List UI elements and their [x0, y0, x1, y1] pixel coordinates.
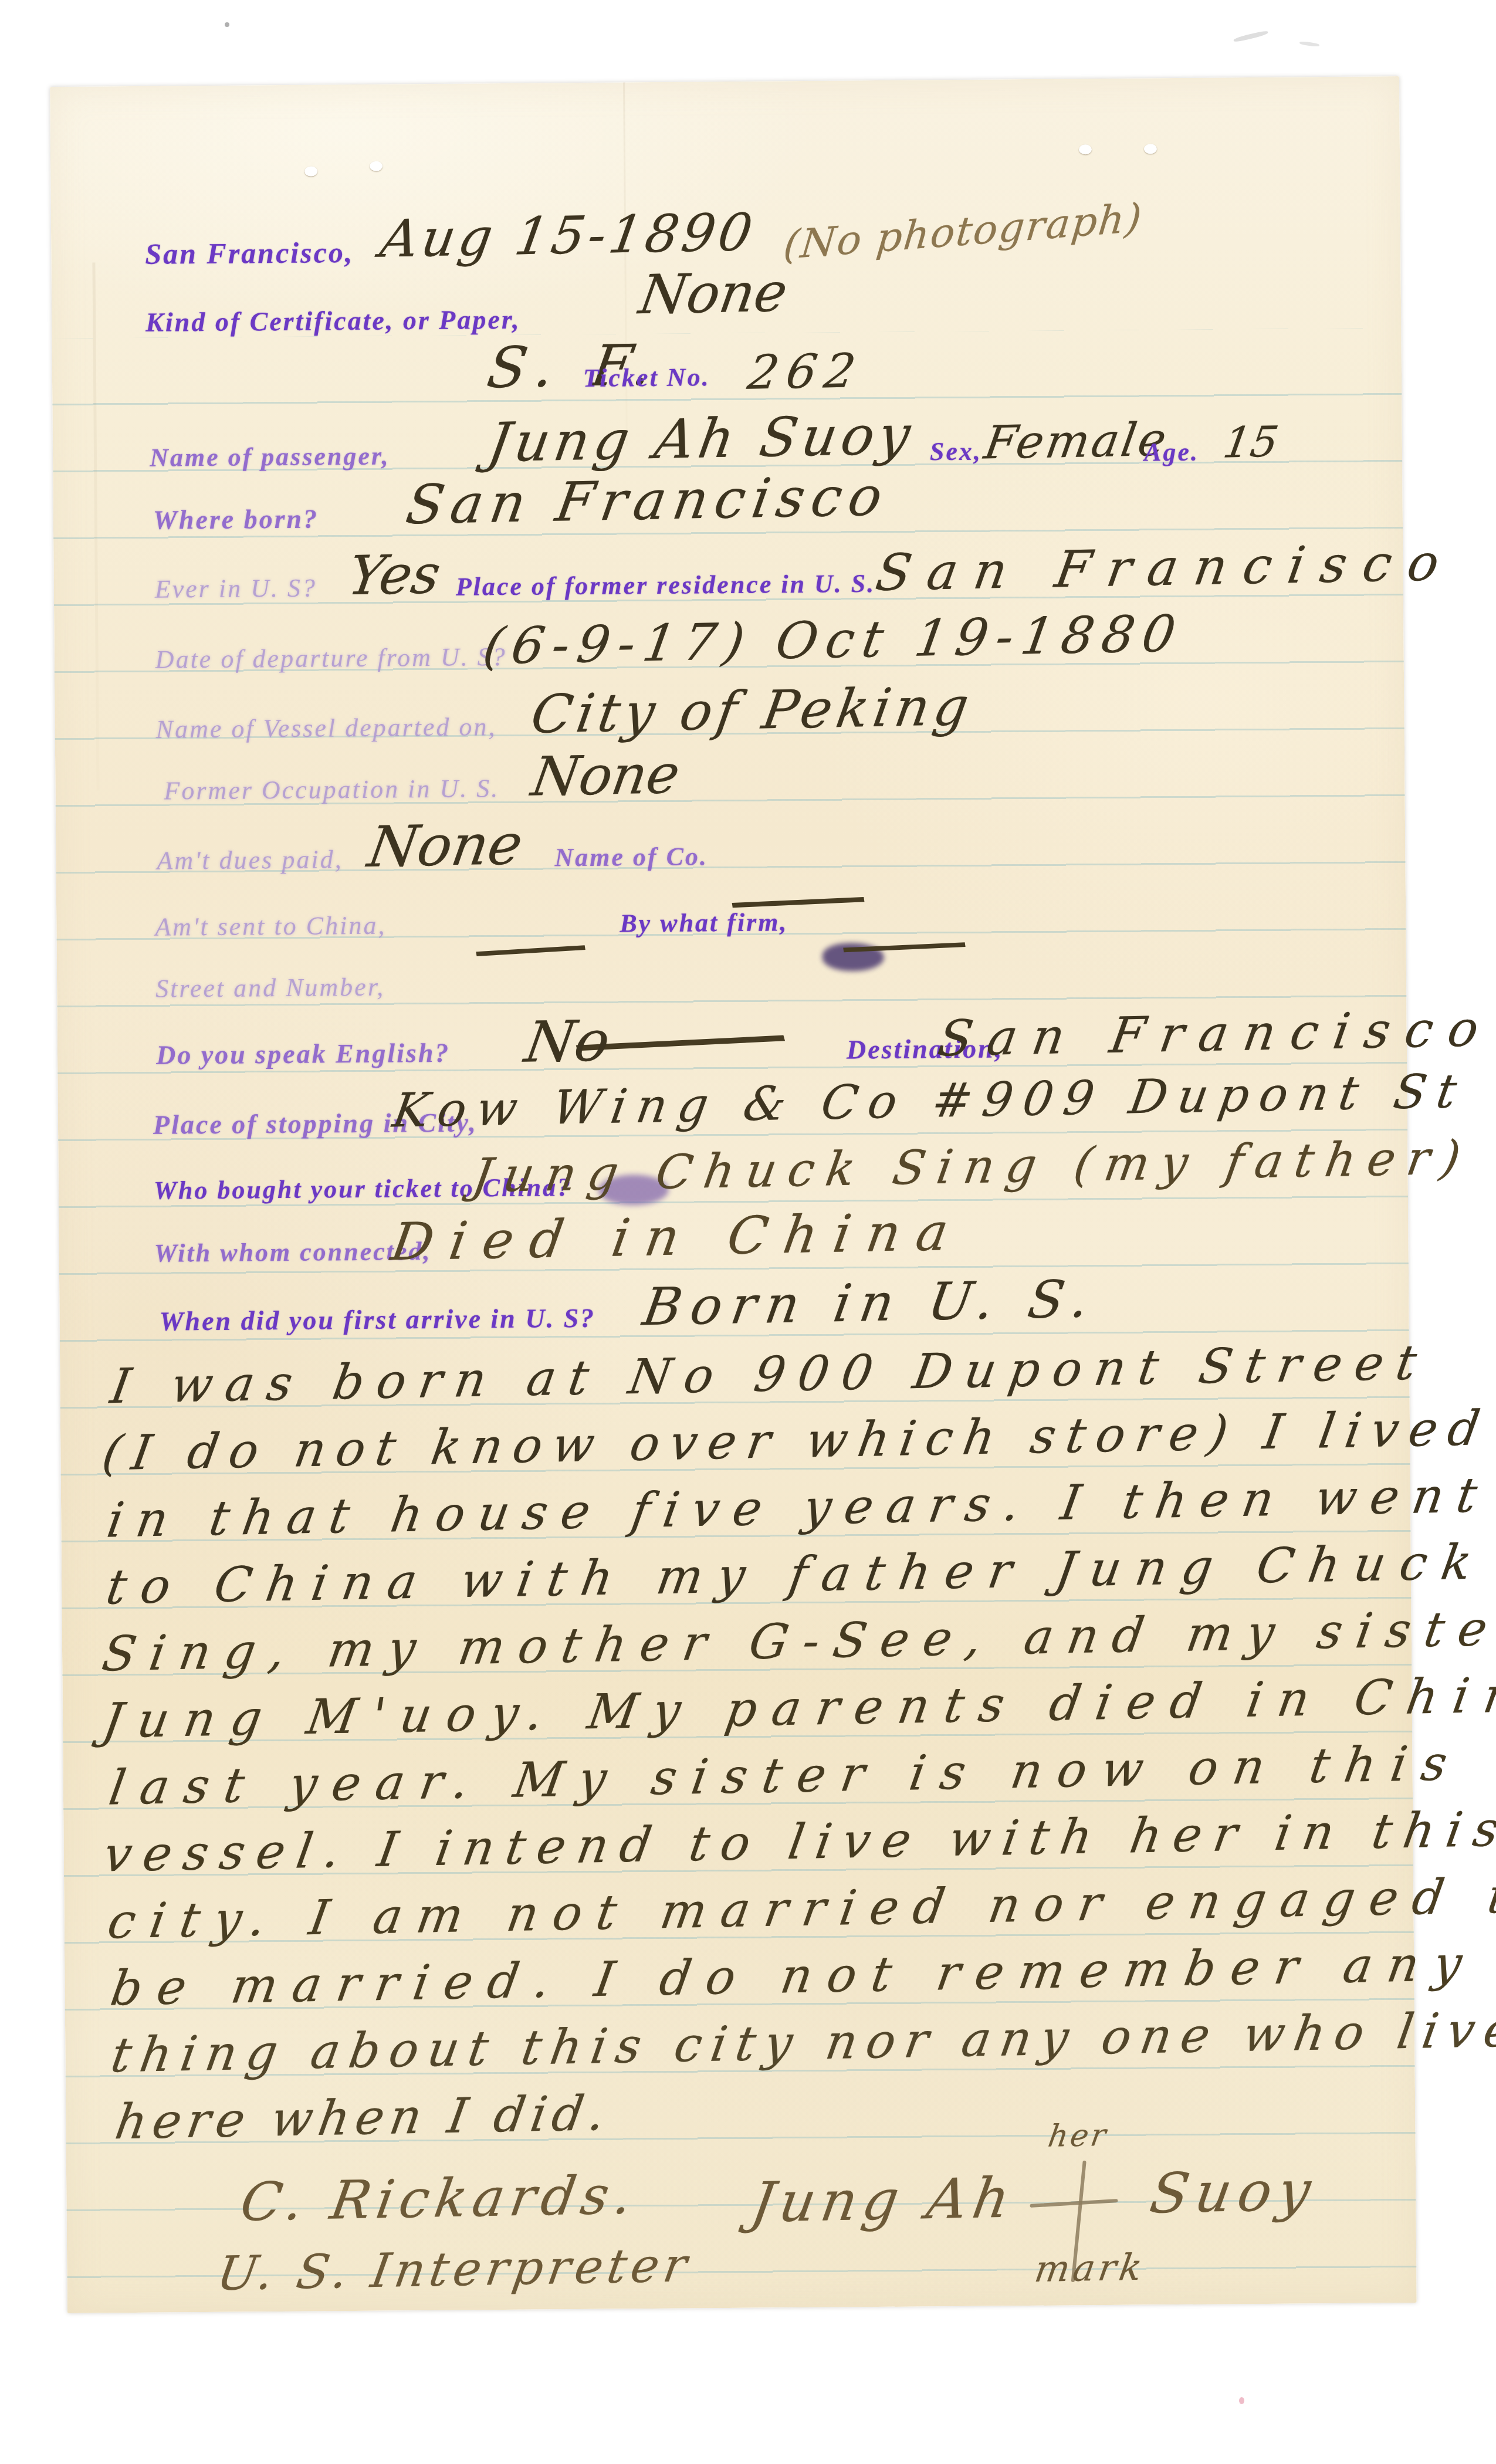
statement-line: to China with my father Jung Chuck: [103, 1537, 1490, 1613]
punch-hole: [370, 161, 383, 171]
passenger-label: Name of passenger,: [150, 441, 390, 473]
speak-english-value: No: [521, 1011, 614, 1072]
sex-label: Sex,: [930, 436, 982, 467]
ticket-no-value: 262: [744, 346, 867, 398]
scan-speck: [1239, 2397, 1244, 2404]
by-what-firm-label: By what firm,: [620, 907, 788, 938]
first-arrival-value: Born in U. S.: [639, 1272, 1102, 1335]
stopping-place-value: Kow Wing & Co #909 Dupont St: [390, 1067, 1470, 1136]
vessel-value: City of Peking: [527, 679, 977, 743]
departure-date-label: Date of departure from U. S?: [155, 642, 507, 675]
amt-sent-label: Am't sent to China,: [155, 911, 386, 942]
statement-line: (I do not know over which store) I lived: [99, 1403, 1494, 1479]
statement-line: Jung M'uoy. My parents died in China: [99, 1669, 1496, 1747]
destination-value: San Francisco: [935, 1003, 1496, 1065]
connected-with-value: Died in China: [388, 1205, 968, 1270]
former-residence-label: Place of former residence in U. S.: [456, 568, 876, 602]
speak-english-label: Do you speak English?: [156, 1037, 451, 1071]
first-arrival-label: When did you first arrive in U. S?: [159, 1302, 595, 1337]
punch-hole: [304, 166, 317, 176]
former-residence-value: San Francisco: [872, 536, 1459, 600]
ever-in-us-label: Ever in U. S?: [155, 573, 317, 604]
street-number-label: Street and Number,: [155, 972, 385, 1004]
signature-cross-mark: [1030, 2199, 1118, 2208]
age-label: Age.: [1144, 437, 1199, 468]
name-of-co-label: Name of Co.: [554, 841, 708, 872]
amt-dues-paid-label: Am't dues paid,: [157, 844, 343, 875]
amt-sent-dash: —: [467, 922, 593, 971]
statement-line: last year. My sister is now on this: [106, 1738, 1465, 1813]
where-born-value: San Francisco: [402, 468, 893, 534]
former-occupation-label: Former Occupation in U. S.: [164, 773, 499, 805]
scan-speck: [225, 22, 229, 27]
passenger-value: Jung Ah Suoy: [484, 407, 919, 472]
punch-hole: [1079, 144, 1092, 154]
city-stamp-label: San Francisco,: [145, 235, 354, 271]
statement-line: I was born at No 900 Dupont Street: [107, 1338, 1433, 1412]
amt-dues-paid-value: None: [364, 815, 527, 877]
passenger-signature-given: Jung Ah: [747, 2170, 1020, 2233]
statement-line: Sing, my mother G-See, and my sister: [99, 1603, 1496, 1680]
certificate-value: None: [635, 265, 791, 324]
punch-hole: [1144, 144, 1157, 154]
paper-fold-crease: [92, 262, 99, 790]
document-paper: San Francisco, Aug 15-1890 (No photograp…: [50, 76, 1417, 2313]
statement-line: thing about this city nor any one who li…: [108, 2004, 1496, 2081]
former-occupation-value: None: [528, 746, 683, 805]
where-born-label: Where born?: [153, 503, 319, 535]
passenger-signature-family: Suoy: [1146, 2162, 1322, 2223]
interpreter-title: U. S. Interpreter: [214, 2240, 695, 2299]
statement-line: be married. I do not remember any: [107, 1939, 1481, 2015]
scan-speck: [1299, 41, 1320, 48]
scanned-document-page: { "colors":{"paper":"#f6ecd4","ink":"#3d…: [0, 0, 1496, 2464]
certificate-stamp-label: Kind of Certificate, or Paper,: [145, 304, 521, 338]
scan-speck: [1233, 30, 1268, 43]
sex-value: Female: [981, 417, 1172, 468]
date-value: Aug 15-1890: [377, 205, 759, 266]
departure-date-value: (6-9-17) Oct 19-1880: [480, 607, 1187, 673]
statement-line: city. I am not married nor engaged to: [104, 1870, 1496, 1948]
passenger-mark-word: mark: [1033, 2248, 1149, 2289]
ticket-no-stamp-label: Ticket No.: [583, 362, 710, 393]
vessel-label: Name of Vessel departed on,: [155, 712, 496, 744]
by-what-firm-dash: —: [834, 919, 973, 967]
ever-in-us-value: Yes: [344, 546, 444, 605]
ticket-buyer-value: Jung Chuck Sing (my father): [469, 1133, 1475, 1200]
statement-line: vessel. I intend to live with her in thi…: [100, 1805, 1496, 1881]
passenger-mark-her: her: [1046, 2120, 1111, 2153]
statement-line: here when I did.: [112, 2089, 614, 2148]
statement-line: in that house five years. I then went: [104, 1470, 1494, 1546]
photo-note: (No photograph): [782, 197, 1145, 266]
interpreter-signature: C. Rickards.: [237, 2168, 642, 2231]
age-value: 15: [1220, 420, 1281, 465]
